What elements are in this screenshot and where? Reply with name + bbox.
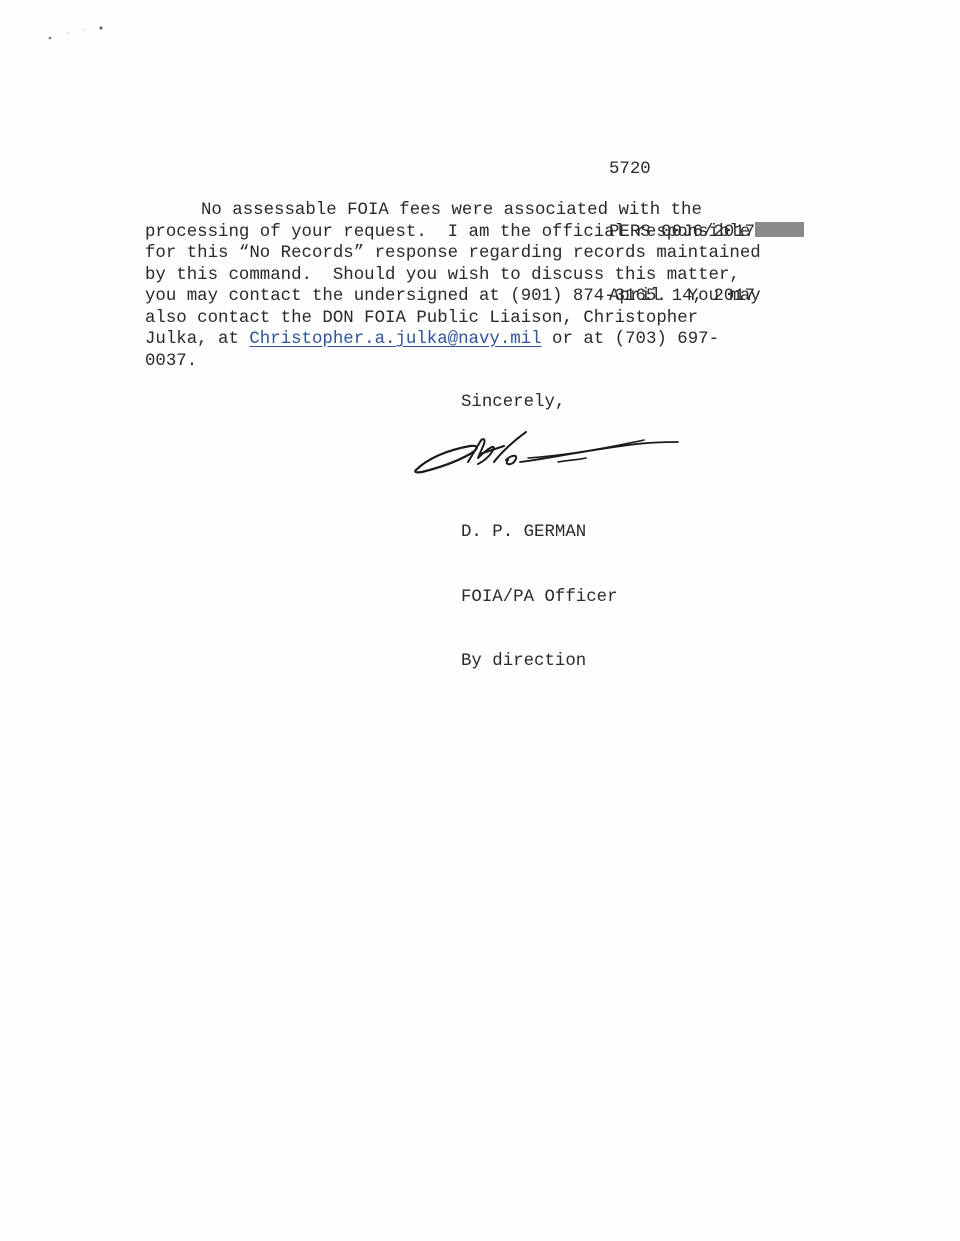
email-suffix: or at (703) 697-	[542, 330, 719, 349]
body-line: also contact the DON FOIA Public Liaison…	[145, 308, 835, 330]
email-prefix: Julka, at	[145, 330, 249, 349]
body-line: by this command. Should you wish to disc…	[145, 265, 835, 287]
signature-icon	[408, 418, 688, 480]
scan-speck-marks	[0, 0, 160, 60]
signer-title: FOIA/PA Officer	[461, 587, 618, 609]
salutation: Sincerely,	[461, 392, 565, 414]
signature-block: D. P. GERMAN FOIA/PA Officer By directio…	[461, 479, 618, 716]
body-line: for this “No Records” response regarding…	[145, 243, 835, 265]
signer-name: D. P. GERMAN	[461, 522, 618, 544]
letter-page: 5720 PERS 00J6/2017 April 14, 2017 No as…	[0, 0, 960, 1241]
body-line-email: Julka, at Christopher.a.julka@navy.mil o…	[145, 329, 835, 351]
body-line: you may contact the undersigned at (901)…	[145, 286, 835, 308]
signer-authority: By direction	[461, 651, 618, 673]
email-link[interactable]: Christopher.a.julka@navy.mil	[249, 330, 541, 349]
body-line: No assessable FOIA fees were associated …	[145, 200, 835, 222]
body-line: processing of your request. I am the off…	[145, 222, 835, 244]
letter-body: No assessable FOIA fees were associated …	[145, 200, 835, 372]
ssic-code: 5720	[609, 159, 804, 180]
body-line: 0037.	[145, 351, 835, 373]
